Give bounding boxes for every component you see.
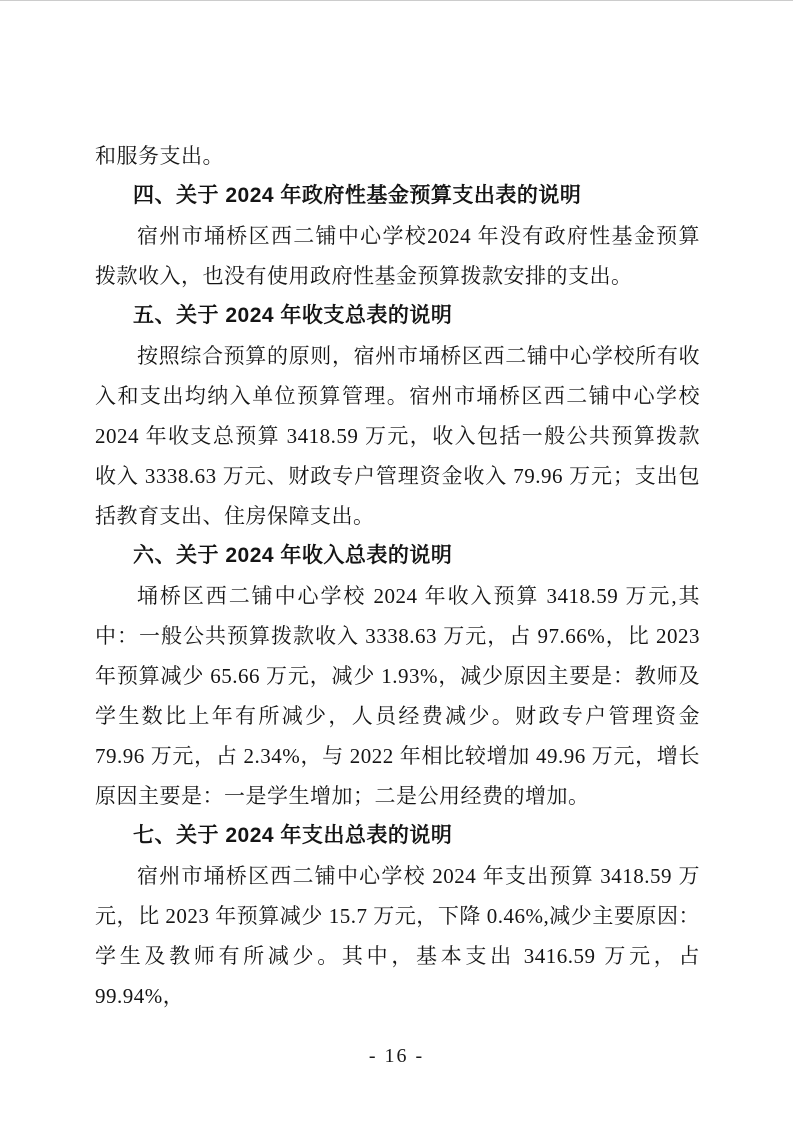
section-4-paragraph: 宿州市埇桥区西二铺中心学校2024 年没有政府性基金预算拨款收入，也没有使用政府… — [95, 216, 700, 296]
paragraph-continuation: 和服务支出。 — [95, 136, 700, 176]
section-heading-5: 五、关于 2024 年收支总表的说明 — [95, 296, 700, 336]
section-7-paragraph: 宿州市埇桥区西二铺中心学校 2024 年支出预算 3418.59 万元，比 20… — [95, 856, 700, 1016]
section-5-paragraph: 按照综合预算的原则，宿州市埇桥区西二铺中心学校所有收入和支出均纳入单位预算管理。… — [95, 336, 700, 536]
section-heading-6: 六、关于 2024 年收入总表的说明 — [95, 536, 700, 576]
section-heading-4: 四、关于 2024 年政府性基金预算支出表的说明 — [95, 176, 700, 216]
document-page: 和服务支出。 四、关于 2024 年政府性基金预算支出表的说明 宿州市埇桥区西二… — [0, 0, 793, 1122]
page-number: - 16 - — [0, 1043, 793, 1069]
section-heading-7: 七、关于 2024 年支出总表的说明 — [95, 816, 700, 856]
section-6-paragraph: 埇桥区西二铺中心学校 2024 年收入预算 3418.59 万元,其中：一般公共… — [95, 576, 700, 816]
